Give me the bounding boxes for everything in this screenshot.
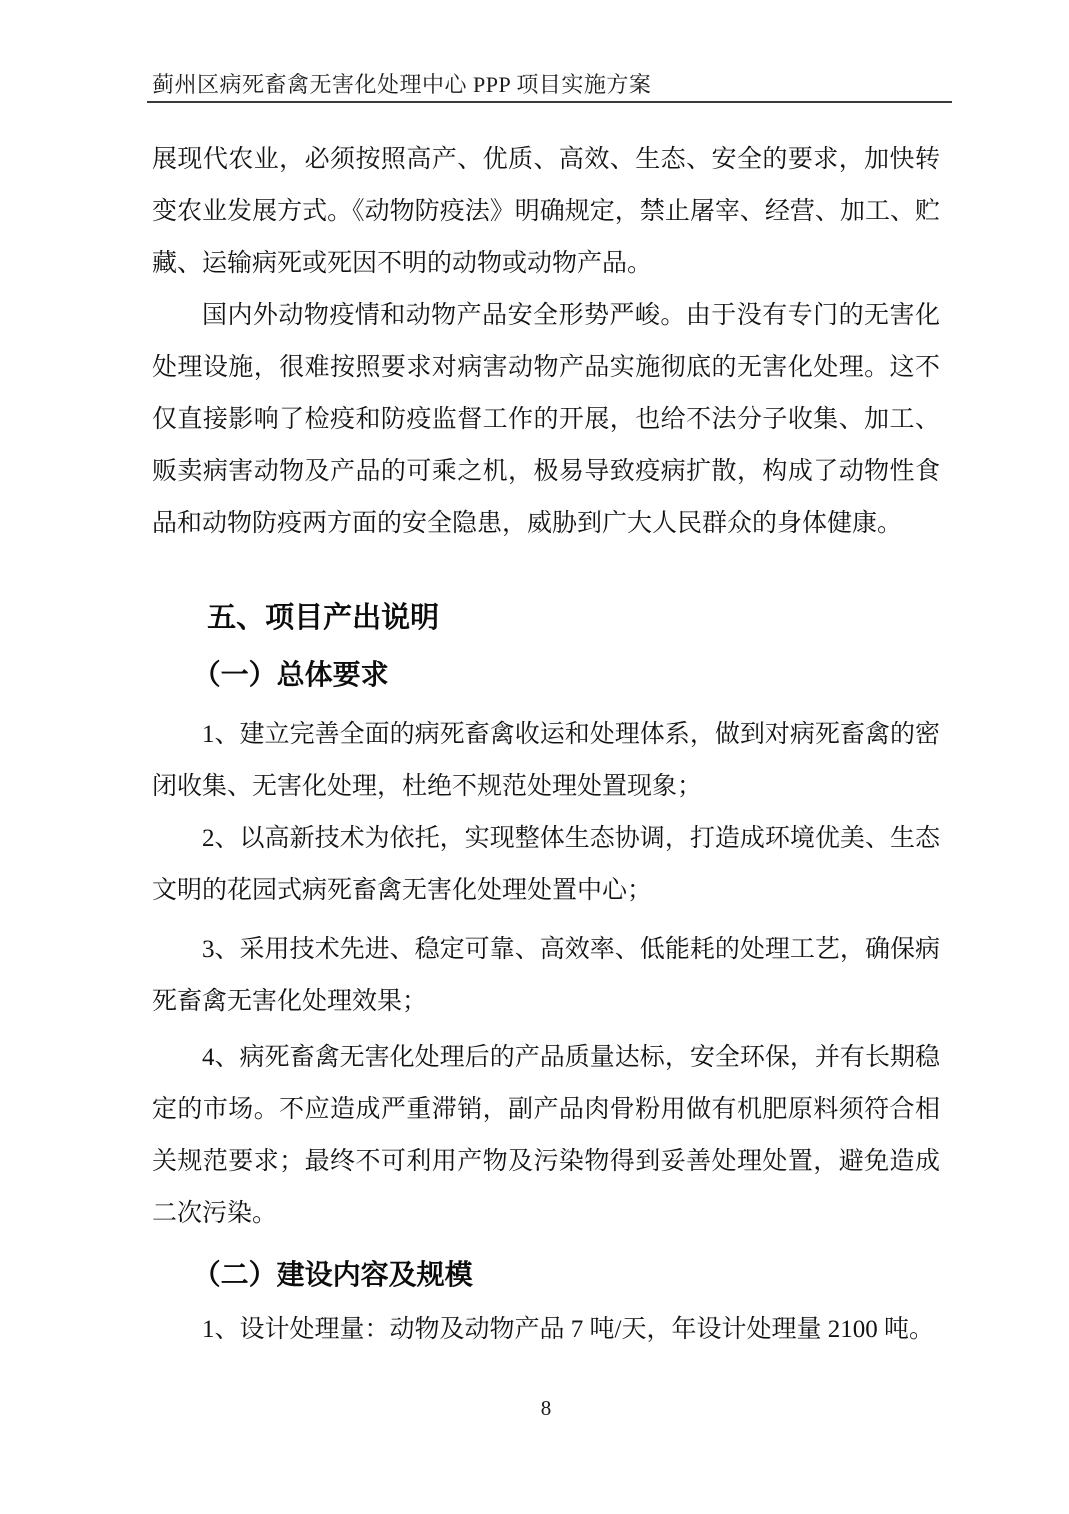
- paragraph-epidemic-situation: 国内外动物疫情和动物产品安全形势严峻。由于没有专门的无害化处理设施，很难按照要求…: [152, 290, 940, 550]
- section-heading-project-output: 五、项目产出说明: [152, 590, 940, 646]
- paragraph-continuation: 展现代农业，必须按照高产、优质、高效、生态、安全的要求，加快转变农业发展方式。《…: [152, 134, 940, 290]
- subsection-heading-construction-scope: （二）建设内容及规模: [152, 1248, 940, 1304]
- header-title: 蓟州区病死畜禽无害化处理中心 PPP 项目实施方案: [147, 72, 952, 98]
- document-page: 蓟州区病死畜禽无害化处理中心 PPP 项目实施方案 展现代农业，必须按照高产、优…: [0, 0, 1069, 1514]
- page-header: 蓟州区病死畜禽无害化处理中心 PPP 项目实施方案: [147, 0, 952, 103]
- page-number: 8: [152, 1396, 940, 1421]
- subsection-heading-overall-requirements: （一）总体要求: [152, 648, 940, 704]
- list-item-2: 2、以高新技术为依托，实现整体生态协调，打造成环境优美、生态文明的花园式病死畜禽…: [152, 813, 940, 917]
- list-item-3: 3、采用技术先进、稳定可靠、高效率、低能耗的处理工艺，确保病死畜禽无害化处理效果…: [152, 924, 940, 1028]
- list-item-4: 4、病死畜禽无害化处理后的产品质量达标，安全环保，并有长期稳定的市场。不应造成严…: [152, 1032, 940, 1240]
- list-item-design-capacity: 1、设计处理量：动物及动物产品 7 吨/天，年设计处理量 2100 吨。: [152, 1304, 940, 1356]
- list-item-1: 1、建立完善全面的病死畜禽收运和处理体系，做到对病死畜禽的密闭收集、无害化处理，…: [152, 709, 940, 813]
- document-body: 展现代农业，必须按照高产、优质、高效、生态、安全的要求，加快转变农业发展方式。《…: [152, 134, 940, 1356]
